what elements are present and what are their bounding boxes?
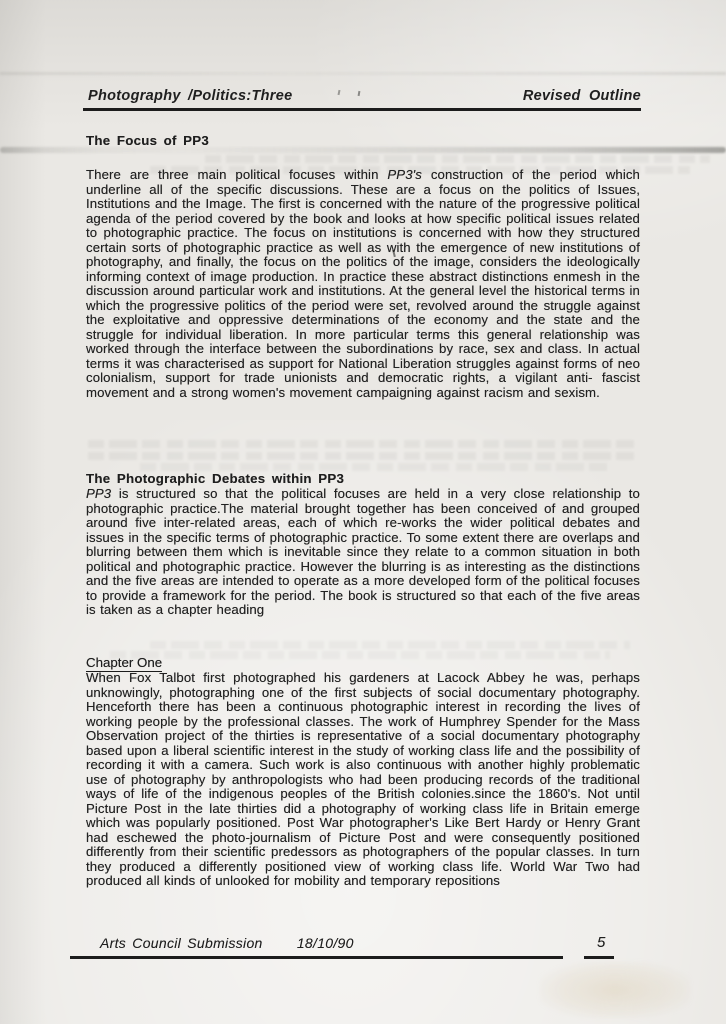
section-heading-debates: The Photographic Debates within PP3 [86,471,344,486]
paper-shading-left [0,0,46,1024]
footer-title: Arts Council Submission [100,935,263,951]
scan-crease-line [0,72,726,75]
document-status-label: Revised Outline [523,88,641,104]
paper-stain [540,962,690,1018]
footer-rule [70,956,563,959]
bleed-through-line [205,155,710,163]
paragraph-debates: PP3 is structured so that the political … [86,487,640,618]
bleed-through-line [140,463,610,471]
footer: Arts Council Submission 18/10/90 [100,935,354,951]
ink-speck [358,91,361,96]
footer-rule-segment [584,956,614,959]
section-heading-focus: The Focus of PP3 [86,133,209,148]
page-number: 5 [597,934,605,951]
header-rule [83,108,641,111]
section-heading-chapter-one: Chapter One [86,655,162,670]
footer-date: 18/10/90 [297,935,354,951]
bleed-through-line [88,440,638,448]
bleed-through-line [150,641,630,649]
document-title: Photography /Politics:Three [88,88,292,104]
bleed-through-line [110,651,610,659]
paragraph-chapter-one: When Fox Talbot first photographed his g… [86,671,640,889]
bleed-through-line [88,452,636,460]
paragraph-focus: There are three main political focuses w… [86,168,640,400]
ink-speck [338,90,341,95]
